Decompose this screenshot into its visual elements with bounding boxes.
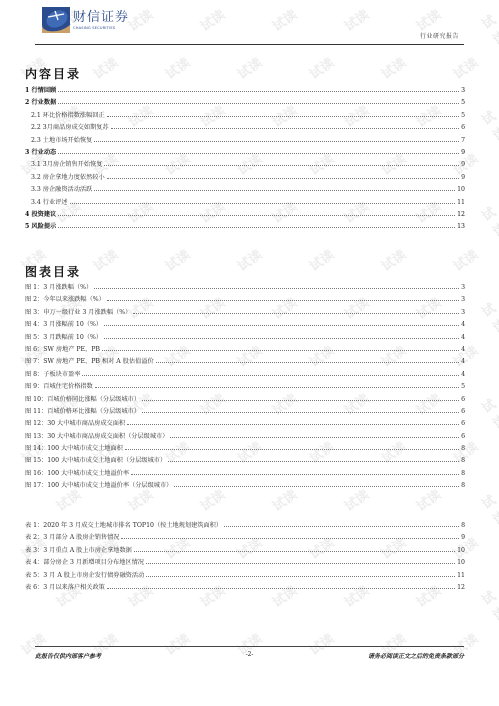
figure-entry-page: 3 [460,309,465,316]
toc-title: 内容目录 [25,65,81,82]
logo-name-en: CHASING SECURITIES [73,25,129,31]
figure-entry[interactable]: 图 11：百城价格环比涨幅（分层级城市）6 [25,406,465,418]
toc-entry-label: 2 行业数据 [25,97,57,106]
figure-entry[interactable]: 图 3：申万一级行业 3 月涨跌幅（%）3 [25,307,465,319]
toc-entry[interactable]: 1 行情回顾3 [25,85,465,97]
watermark-text: 试读 [449,244,481,274]
toc-entry-page: 12 [456,211,465,218]
toc-entry[interactable]: 3.1 3月房企销售开始恢复9 [25,159,465,171]
dot-leader [95,387,459,388]
figure-entry[interactable]: 图 6：SW 房地产 PE、PB4 [25,344,465,356]
figure-entry-page: 4 [460,346,465,353]
dot-leader [127,424,459,425]
figure-entry-page: 3 [460,284,465,291]
watermark-text: 试读 [477,106,499,145]
table-entry[interactable]: 表 3：3 月重点 A 股上市房企拿地数据10 [25,545,465,557]
watermark-text: 试读 [449,52,481,82]
toc-entry-page: 9 [460,149,465,156]
dot-leader [58,227,455,228]
dot-leader [170,437,459,438]
figure-entry-label: 图 7：SW 房地产 PE、PB 相对 A 股估值溢价 [25,356,155,365]
logo-name-cn: 财信证券 [73,10,129,25]
toc-entry-label: 2.3 土地市场开始恢复 [31,135,93,144]
dot-leader [134,551,455,552]
watermark-text: 试读 [477,490,499,529]
toc-entry[interactable]: 5 风险提示13 [25,221,465,233]
dot-leader [125,449,459,450]
dot-leader [94,141,459,142]
toc-entry[interactable]: 2 行业数据5 [25,97,465,109]
header-divider [35,44,464,45]
toc-entry[interactable]: 3 行业动态9 [25,147,465,159]
toc-list: 1 行情回顾32 行业数据52.1 环比价格指数涨幅回正52.2 3月商品房成交… [25,85,465,234]
toc-entry[interactable]: 3.4 行业评述11 [25,197,465,209]
table-entry-label: 表 6：3 月以来落户相关政策 [25,582,106,591]
dot-leader [146,563,455,564]
page-header: 财信证券 CHASING SECURITIES 行业研究报告 [0,0,499,48]
document-type-label: 行业研究报告 [420,31,459,40]
figure-entry-label: 图 9：百城住宅价格指数 [25,381,94,390]
figure-entry-page: 6 [460,420,465,427]
watermark-text: 试读 [477,202,499,241]
table-entry-label: 表 4：部分房企 3 月新增项目分布地区情况 [25,557,145,566]
watermark-text: 试读 [377,52,409,82]
figure-entry-label: 图 10：百城价格同比涨幅（分层级城市） [25,394,141,403]
figure-entry-page: 8 [460,482,465,489]
table-entry[interactable]: 表 1：2020 年 3 月成交土地城市排名 TOP10（按土地规划建筑面积）8 [25,520,465,532]
figure-entry[interactable]: 图 16：100 大中城市成交土地溢价率8 [25,468,465,480]
figure-entry[interactable]: 图 2：今年以来涨跌幅（%）3 [25,294,465,306]
toc-entry-page: 5 [460,112,465,119]
toc-entry-page: 11 [456,199,465,206]
dot-leader [131,474,459,475]
watermark-text: 试读 [377,244,409,274]
figure-list: 图 1：3 月涨跌幅（%）3图 2：今年以来涨跌幅（%）3图 3：申万一级行业 … [25,282,465,493]
dot-leader [142,412,459,413]
figure-entry-page: 5 [460,383,465,390]
figure-entry-label: 图 15：100 大中城市成交土地面积（分层级城市） [25,455,167,464]
dot-leader [107,588,455,589]
figure-entry-page: 6 [460,433,465,440]
footer-notice: 请务必阅读正文之后的免责条款部分 [368,651,464,660]
watermark-text: 试读 [305,244,337,274]
figure-entry-label: 图 1：3 月涨跌幅（%） [25,282,93,291]
dot-leader [94,190,455,191]
toc-entry-label: 5 风险提示 [25,221,57,230]
toc-entry[interactable]: 2.2 3月商品房成交如期复苏6 [25,122,465,134]
table-entry-label: 表 3：3 月重点 A 股上市房企拿地数据 [25,545,133,554]
dot-leader [146,576,455,577]
dot-leader [58,153,459,154]
toc-entry-label: 3.4 行业评述 [31,197,69,206]
table-entry-label: 表 5：3 月 A 股上市房企发行债券融资活动 [25,570,145,579]
figure-entry-page: 4 [460,358,465,365]
table-entry-page: 11 [456,572,465,579]
figure-entry[interactable]: 图 14：100 大中城市成交土地面积8 [25,443,465,455]
dot-leader [107,178,459,179]
dot-leader [58,91,459,92]
figures-title: 图表目录 [25,263,81,280]
dot-leader [224,526,459,527]
table-entry-page: 10 [456,547,465,554]
table-entry-page: 8 [460,522,465,529]
table-entry[interactable]: 表 5：3 月 A 股上市房企发行债券融资活动11 [25,570,465,582]
dot-leader [174,486,459,487]
figure-entry-page: 4 [460,321,465,328]
figure-entry-page: 6 [460,408,465,415]
toc-entry[interactable]: 2.1 环比价格指数涨幅回正5 [25,110,465,122]
figure-entry-page: 6 [460,396,465,403]
dot-leader [102,350,459,351]
figure-entry-label: 图 3：申万一级行业 3 月涨跌幅（%） [25,307,132,316]
footer-disclaimer: 此报告仅供内部客户参考 [35,651,101,660]
toc-entry-page: 5 [460,99,465,106]
toc-entry[interactable]: 3.3 房企融资活动活跃10 [25,184,465,196]
toc-entry-label: 3.1 3月房企销售开始恢复 [31,159,103,168]
watermark-text: 试读 [305,52,337,82]
figure-entry-label: 图 5：3 月跌幅前 10（%） [25,332,103,341]
table-entry-page: 12 [456,584,465,591]
toc-entry-label: 3.3 房企融资活动活跃 [31,184,93,193]
figure-entry-page: 4 [460,334,465,341]
toc-entry-page: 13 [456,223,465,230]
page-footer: 此报告仅供内部客户参考 -2- 请务必阅读正文之后的免责条款部分 [35,651,464,663]
page-number: -2- [246,651,254,658]
figure-entry[interactable]: 图 10：百城价格同比涨幅（分层级城市）6 [25,394,465,406]
figure-entry[interactable]: 图 15：100 大中城市成交土地面积（分层级城市）8 [25,455,465,467]
table-entry-page: 9 [460,534,465,541]
table-entry-label: 表 1：2020 年 3 月成交土地城市排名 TOP10（按土地规划建筑面积） [25,520,223,529]
dot-leader [82,375,459,376]
toc-entry-label: 3 行业动态 [25,147,57,156]
figure-entry-label: 图 16：100 大中城市成交土地溢价率 [25,468,130,477]
company-logo: 财信证券 CHASING SECURITIES [42,7,132,33]
dot-leader [156,362,459,363]
figure-entry-page: 8 [460,457,465,464]
figure-entry[interactable]: 图 7：SW 房地产 PE、PB 相对 A 股估值溢价4 [25,356,465,368]
figure-entry[interactable]: 图 1：3 月涨跌幅（%）3 [25,282,465,294]
footer-divider [35,646,464,647]
figure-entry-label: 图 2：今年以来涨跌幅（%） [25,294,106,303]
dot-leader [58,103,459,104]
figure-entry-label: 图 12：30 大中城市商品房成交面积 [25,418,126,427]
figure-entry-page: 4 [460,371,465,378]
watermark-text: 试读 [89,244,121,274]
figure-entry[interactable]: 图 17：100 大中城市成交土地溢价率（分层级城市）8 [25,480,465,492]
dot-leader [111,128,459,129]
figure-entry-label: 图 14：100 大中城市成交土地面积 [25,443,124,452]
figure-entry[interactable]: 图 12：30 大中城市商品房成交面积6 [25,418,465,430]
toc-entry[interactable]: 2.3 土地市场开始恢复7 [25,135,465,147]
dot-leader [94,288,459,289]
figure-entry-label: 图 4：3 月涨幅前 10（%） [25,319,103,328]
watermark-text: 试读 [477,298,499,337]
table-entry-page: 10 [456,559,465,566]
dot-leader [107,300,459,301]
toc-entry-label: 2.1 环比价格指数涨幅回正 [31,110,106,119]
watermark-text: 试读 [477,394,499,433]
table-entry[interactable]: 表 4：部分房企 3 月新增项目分布地区情况10 [25,557,465,569]
toc-entry-page: 6 [460,124,465,131]
toc-entry-page: 9 [460,174,465,181]
figure-entry[interactable]: 图 13：30 大中城市商品房成交面积（分层级城市）6 [25,431,465,443]
dot-leader [121,538,459,539]
toc-entry-page: 3 [460,87,465,94]
dot-leader [58,215,455,216]
dot-leader [168,461,459,462]
figure-entry-page: 8 [460,470,465,477]
figure-entry-label: 图 8：子板块市盈率 [25,369,81,378]
toc-entry[interactable]: 3.2 房企拿地力度依然较小9 [25,172,465,184]
table-entry[interactable]: 表 6：3 月以来落户相关政策12 [25,582,465,594]
watermark-text: 试读 [89,52,121,82]
logo-mark-icon [42,7,70,33]
figure-entry-page: 8 [460,445,465,452]
figure-entry-page: 3 [460,296,465,303]
table-list: 表 1：2020 年 3 月成交土地城市排名 TOP10（按土地规划建筑面积）8… [25,520,465,594]
table-entry-label: 表 2：3 月部分 A 股房企销售情况 [25,532,120,541]
figure-entry-label: 图 6：SW 房地产 PE、PB [25,344,101,353]
figure-entry[interactable]: 图 8：子板块市盈率4 [25,369,465,381]
figure-entry[interactable]: 图 4：3 月涨幅前 10（%）4 [25,319,465,331]
watermark-text: 试读 [161,244,193,274]
toc-entry-label: 2.2 3月商品房成交如期复苏 [31,122,110,131]
dot-leader [107,116,459,117]
figure-entry-label: 图 13：30 大中城市商品房成交面积（分层级城市） [25,431,169,440]
figure-entry[interactable]: 图 9：百城住宅价格指数5 [25,381,465,393]
figure-entry[interactable]: 图 5：3 月跌幅前 10（%）4 [25,332,465,344]
watermark-text: 试读 [477,586,499,625]
dot-leader [142,400,459,401]
toc-entry-page: 9 [460,161,465,168]
dot-leader [104,165,459,166]
dot-leader [104,338,459,339]
dot-leader [133,313,459,314]
toc-entry-page: 7 [460,137,465,144]
dot-leader [70,203,456,204]
table-entry[interactable]: 表 2：3 月部分 A 股房企销售情况9 [25,532,465,544]
watermark-text: 试读 [233,244,265,274]
toc-entry-label: 3.2 房企拿地力度依然较小 [31,172,106,181]
figure-entry-label: 图 17：100 大中城市成交土地溢价率（分层级城市） [25,480,173,489]
watermark-text: 试读 [161,52,193,82]
toc-entry-label: 1 行情回顾 [25,85,57,94]
watermark-text: 试读 [233,52,265,82]
toc-entry-page: 10 [456,186,465,193]
toc-entry-label: 4 投资建议 [25,209,57,218]
dot-leader [104,325,459,326]
figure-entry-label: 图 11：百城价格环比涨幅（分层级城市） [25,406,141,415]
toc-entry[interactable]: 4 投资建议12 [25,209,465,221]
